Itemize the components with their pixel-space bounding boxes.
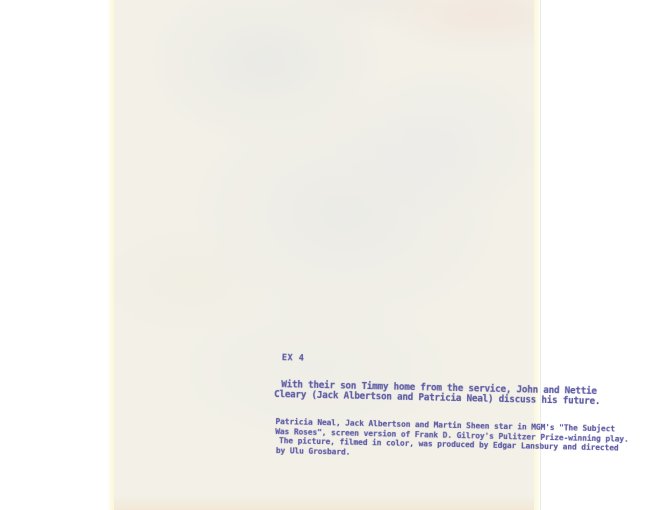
scan-background: EX 4 With their son Timmy home from the … <box>0 0 672 510</box>
photo-number: EX 4 <box>282 353 665 371</box>
caption-block: EX 4 With their son Timmy home from the … <box>273 353 665 464</box>
caption-paragraph-2: Patricia Neal, Jack Albertson and Martin… <box>273 417 664 464</box>
caption-paragraph-1: With their son Timmy home from the servi… <box>274 380 664 409</box>
photo-paper: EX 4 With their son Timmy home from the … <box>114 0 534 510</box>
